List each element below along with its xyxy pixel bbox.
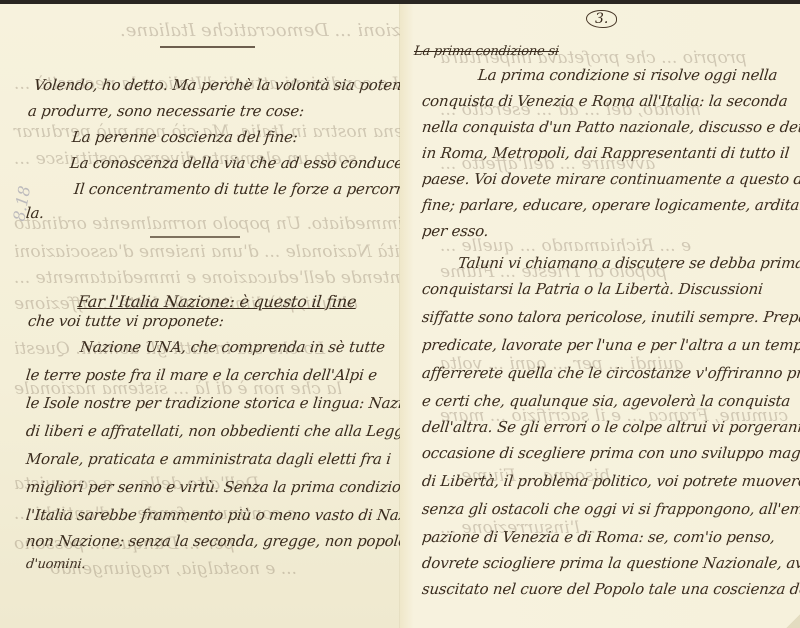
text-line: dovrete sciogliere prima la questione Na… — [421, 554, 800, 572]
text-line: le Isole nostre per tradizione storica e… — [25, 394, 431, 412]
section-rule — [150, 236, 240, 238]
text-line: migliori per senno e virtù. Senza la pri… — [25, 478, 420, 496]
text-line: afferrerete quella che le circostanze v'… — [421, 364, 800, 382]
text-line: l'Italia sarebbe frammento più o meno va… — [25, 506, 443, 524]
right-page: 3. proprio ... che profetava imperitura … — [400, 4, 800, 628]
text-line: senza gli ostacoli che oggi vi si frappo… — [421, 500, 800, 518]
text-line: di liberi e affratellati, non obbedienti… — [25, 422, 413, 440]
text-line: la. — [25, 204, 45, 222]
text-line: a produrre, sono necessarie tre cose: — [27, 102, 305, 120]
text-line: Volendo, ho detto. Ma perchè la volontà … — [33, 76, 417, 94]
text-line: Morale, praticata e amministrata dagli e… — [25, 450, 392, 468]
text-line: conquistarsi la Patria o la Libertà. Dis… — [421, 280, 764, 298]
text-line: di Libertà, il problema politico, voi po… — [421, 472, 800, 490]
paper-corner — [786, 614, 800, 628]
text-line: per esso. — [421, 222, 489, 240]
text-line: predicate, lavorate per l'una e per l'al… — [421, 336, 800, 354]
text-line: paese. Voi dovete mirare continuamente a… — [421, 170, 800, 188]
text-line: Il concentramento di tutte le forze a pe… — [73, 180, 424, 198]
text-line: pazione di Venezia e di Roma: se, com'io… — [421, 528, 776, 546]
text-fragment: La perenne coscienza del fine: — [71, 128, 299, 146]
text-line: La prima condizione si risolve oggi nell… — [477, 66, 778, 84]
text-line: La conoscenza della via che ad esso cond… — [69, 154, 409, 172]
header-rule — [160, 46, 255, 48]
text-line: fine; parlare, educare, operare logicame… — [421, 196, 800, 214]
text-line: che voi tutte vi proponete: — [27, 312, 225, 330]
text-line: d'uomini. — [25, 557, 86, 572]
text-line: La perenne coscienza del fine: — [71, 128, 299, 146]
text-line: siffatte sono talora pericolose, inutili… — [421, 308, 800, 326]
text-line: in Roma, Metropoli, dai Rappresentanti d… — [421, 144, 790, 162]
text-line: le terre poste fra il mare e la cerchia … — [25, 366, 378, 384]
text-line: e certi che, qualunque sia, agevolerà la… — [421, 392, 791, 410]
text-line: nella conquista d'un Patto nazionale, di… — [421, 118, 800, 136]
text-line: conquista di Venezia e Roma all'Italia: … — [421, 92, 788, 110]
left-page: Alle Associazioni ... Democratiche Itali… — [0, 4, 400, 628]
text-line: Far l'Italia Nazione: è questo il fine — [77, 292, 357, 311]
text-line: non Nazione: senza la seconda, gregge, n… — [25, 532, 408, 550]
text-line: dell'altra. Se gli errori o le colpe alt… — [421, 418, 800, 436]
text-line: occasione di scegliere prima con uno svi… — [421, 444, 800, 462]
struck-text-line: La prima condizione si — [413, 44, 559, 59]
page-number: 3. — [586, 10, 617, 28]
text-line: suscitato nel cuore del Popolo tale una … — [421, 580, 800, 598]
text-line: Taluni vi chiamano a discutere se debba … — [457, 254, 800, 272]
manuscript-spread: Alle Associazioni ... Democratiche Itali… — [0, 4, 800, 628]
text-line: Nazione UNA, che comprenda in sè tutte — [79, 338, 386, 356]
